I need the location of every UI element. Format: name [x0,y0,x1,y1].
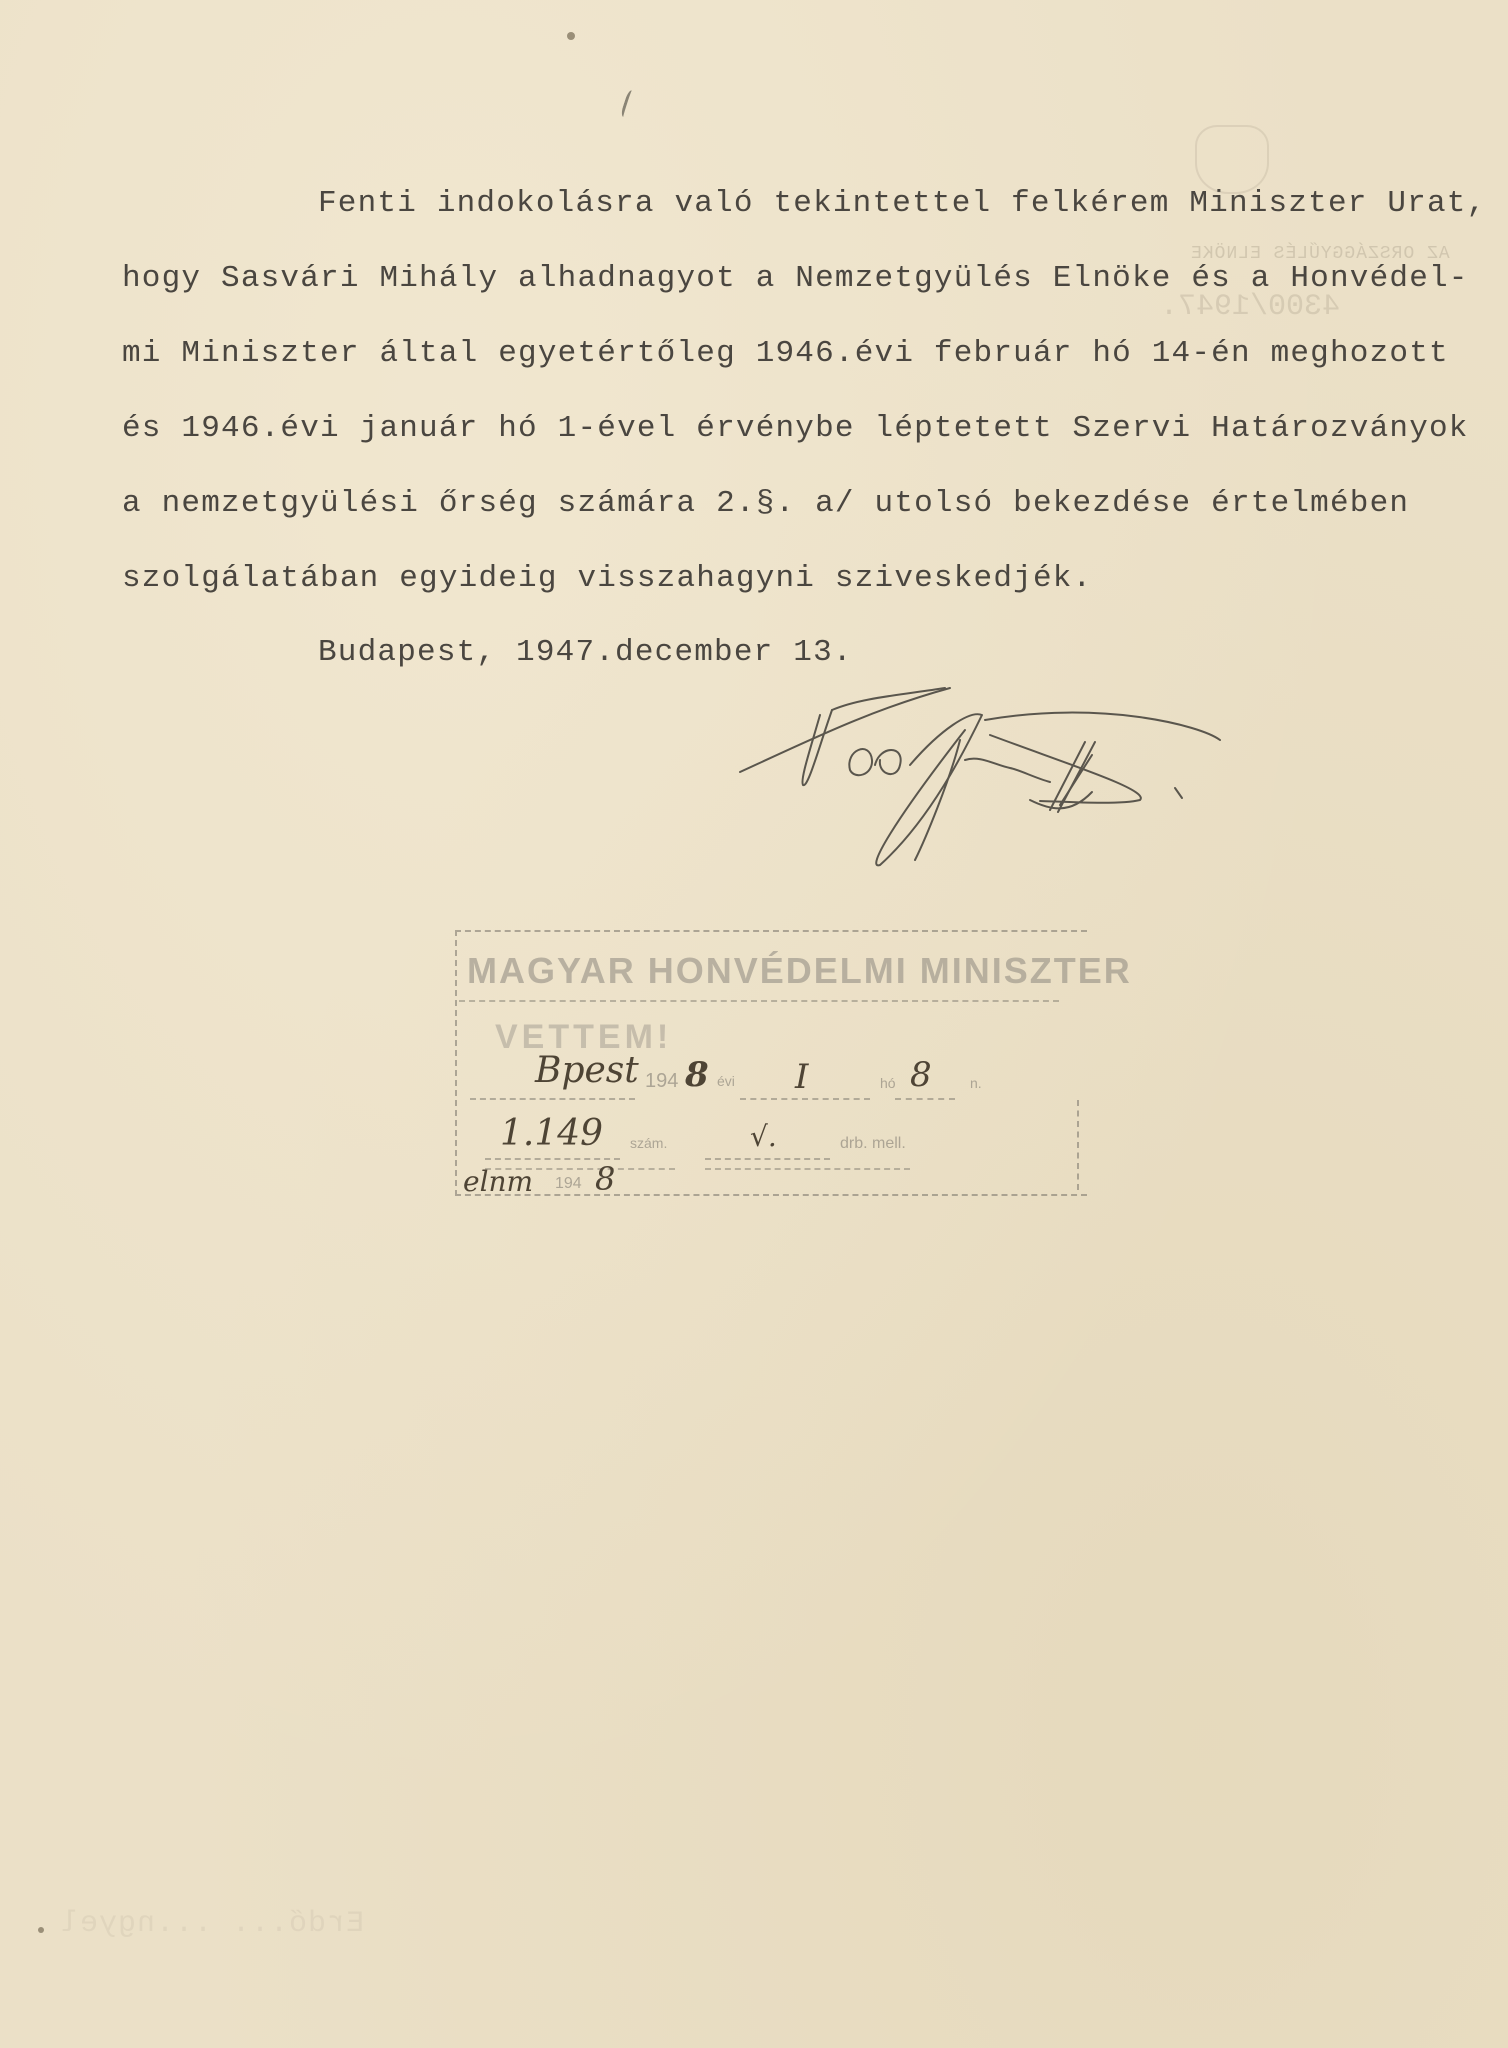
reception-stamp: MAGYAR HONVÉDELMI MINISZTER VETTEM! Bpes… [455,930,1095,1202]
stamp-day: 8 [910,1055,932,1095]
stamp-month-line [740,1098,870,1100]
body-line-2: hogy Sasvári Mihály alhadnagyot a Nemzet… [122,263,1469,294]
body-line-5: a nemzetgyülési őrség számára 2.§. a/ ut… [122,488,1409,519]
stamp-count-suffix: drb. mell. [840,1135,906,1153]
stamp-year-suffix: évi [717,1073,735,1089]
stamp-year-digit: 8 [685,1055,709,1095]
stamp-number-suffix: szám. [630,1135,667,1151]
stamp-heading-rule [459,1000,1059,1002]
pencil-mark [620,89,637,118]
stamp-row3-year-digit: 8 [595,1160,615,1198]
stamp-place-line [470,1098,635,1100]
stamp-border-right [1077,1100,1079,1190]
stamp-heading: MAGYAR HONVÉDELMI MINISZTER [467,950,1132,992]
paper-speck [567,32,575,40]
body-line-1: Fenti indokolásra való tekintettel felké… [318,188,1486,219]
stamp-row2-rule-right [705,1168,910,1170]
bleed-through-crest [1195,125,1269,194]
stamp-row3-year-prefix: 194 [555,1175,582,1193]
date-line: Budapest, 1947.december 13. [318,637,853,668]
body-line-3: mi Miniszter által egyetértőleg 1946.évi… [122,338,1449,369]
body-line-6: szolgálatában egyideig visszahagyni sziv… [122,563,1092,594]
bleed-through-bottom-line: Erdő... ...ngyel [60,1907,364,1941]
stamp-year-prefix: 194 [645,1070,678,1093]
stamp-count: √. [750,1120,777,1153]
body-line-4: és 1946.évi január hó 1-ével érvénybe lé… [122,413,1469,444]
stamp-number: 1.149 [500,1113,603,1154]
paper-speck [38,1927,44,1933]
stamp-day-line [895,1098,955,1100]
stamp-month-suffix: hó [880,1075,896,1091]
stamp-day-suffix: n. [970,1075,982,1091]
stamp-prefix: elnm [463,1165,533,1198]
document-page: AZ ORSZÁGGYŰLÉS ELNÖKE 4300/1947. Fenti … [0,0,1508,2048]
stamp-count-line [705,1158,830,1160]
stamp-month: I [795,1057,808,1097]
signature [720,670,1440,880]
stamp-place: Bpest [535,1050,639,1091]
